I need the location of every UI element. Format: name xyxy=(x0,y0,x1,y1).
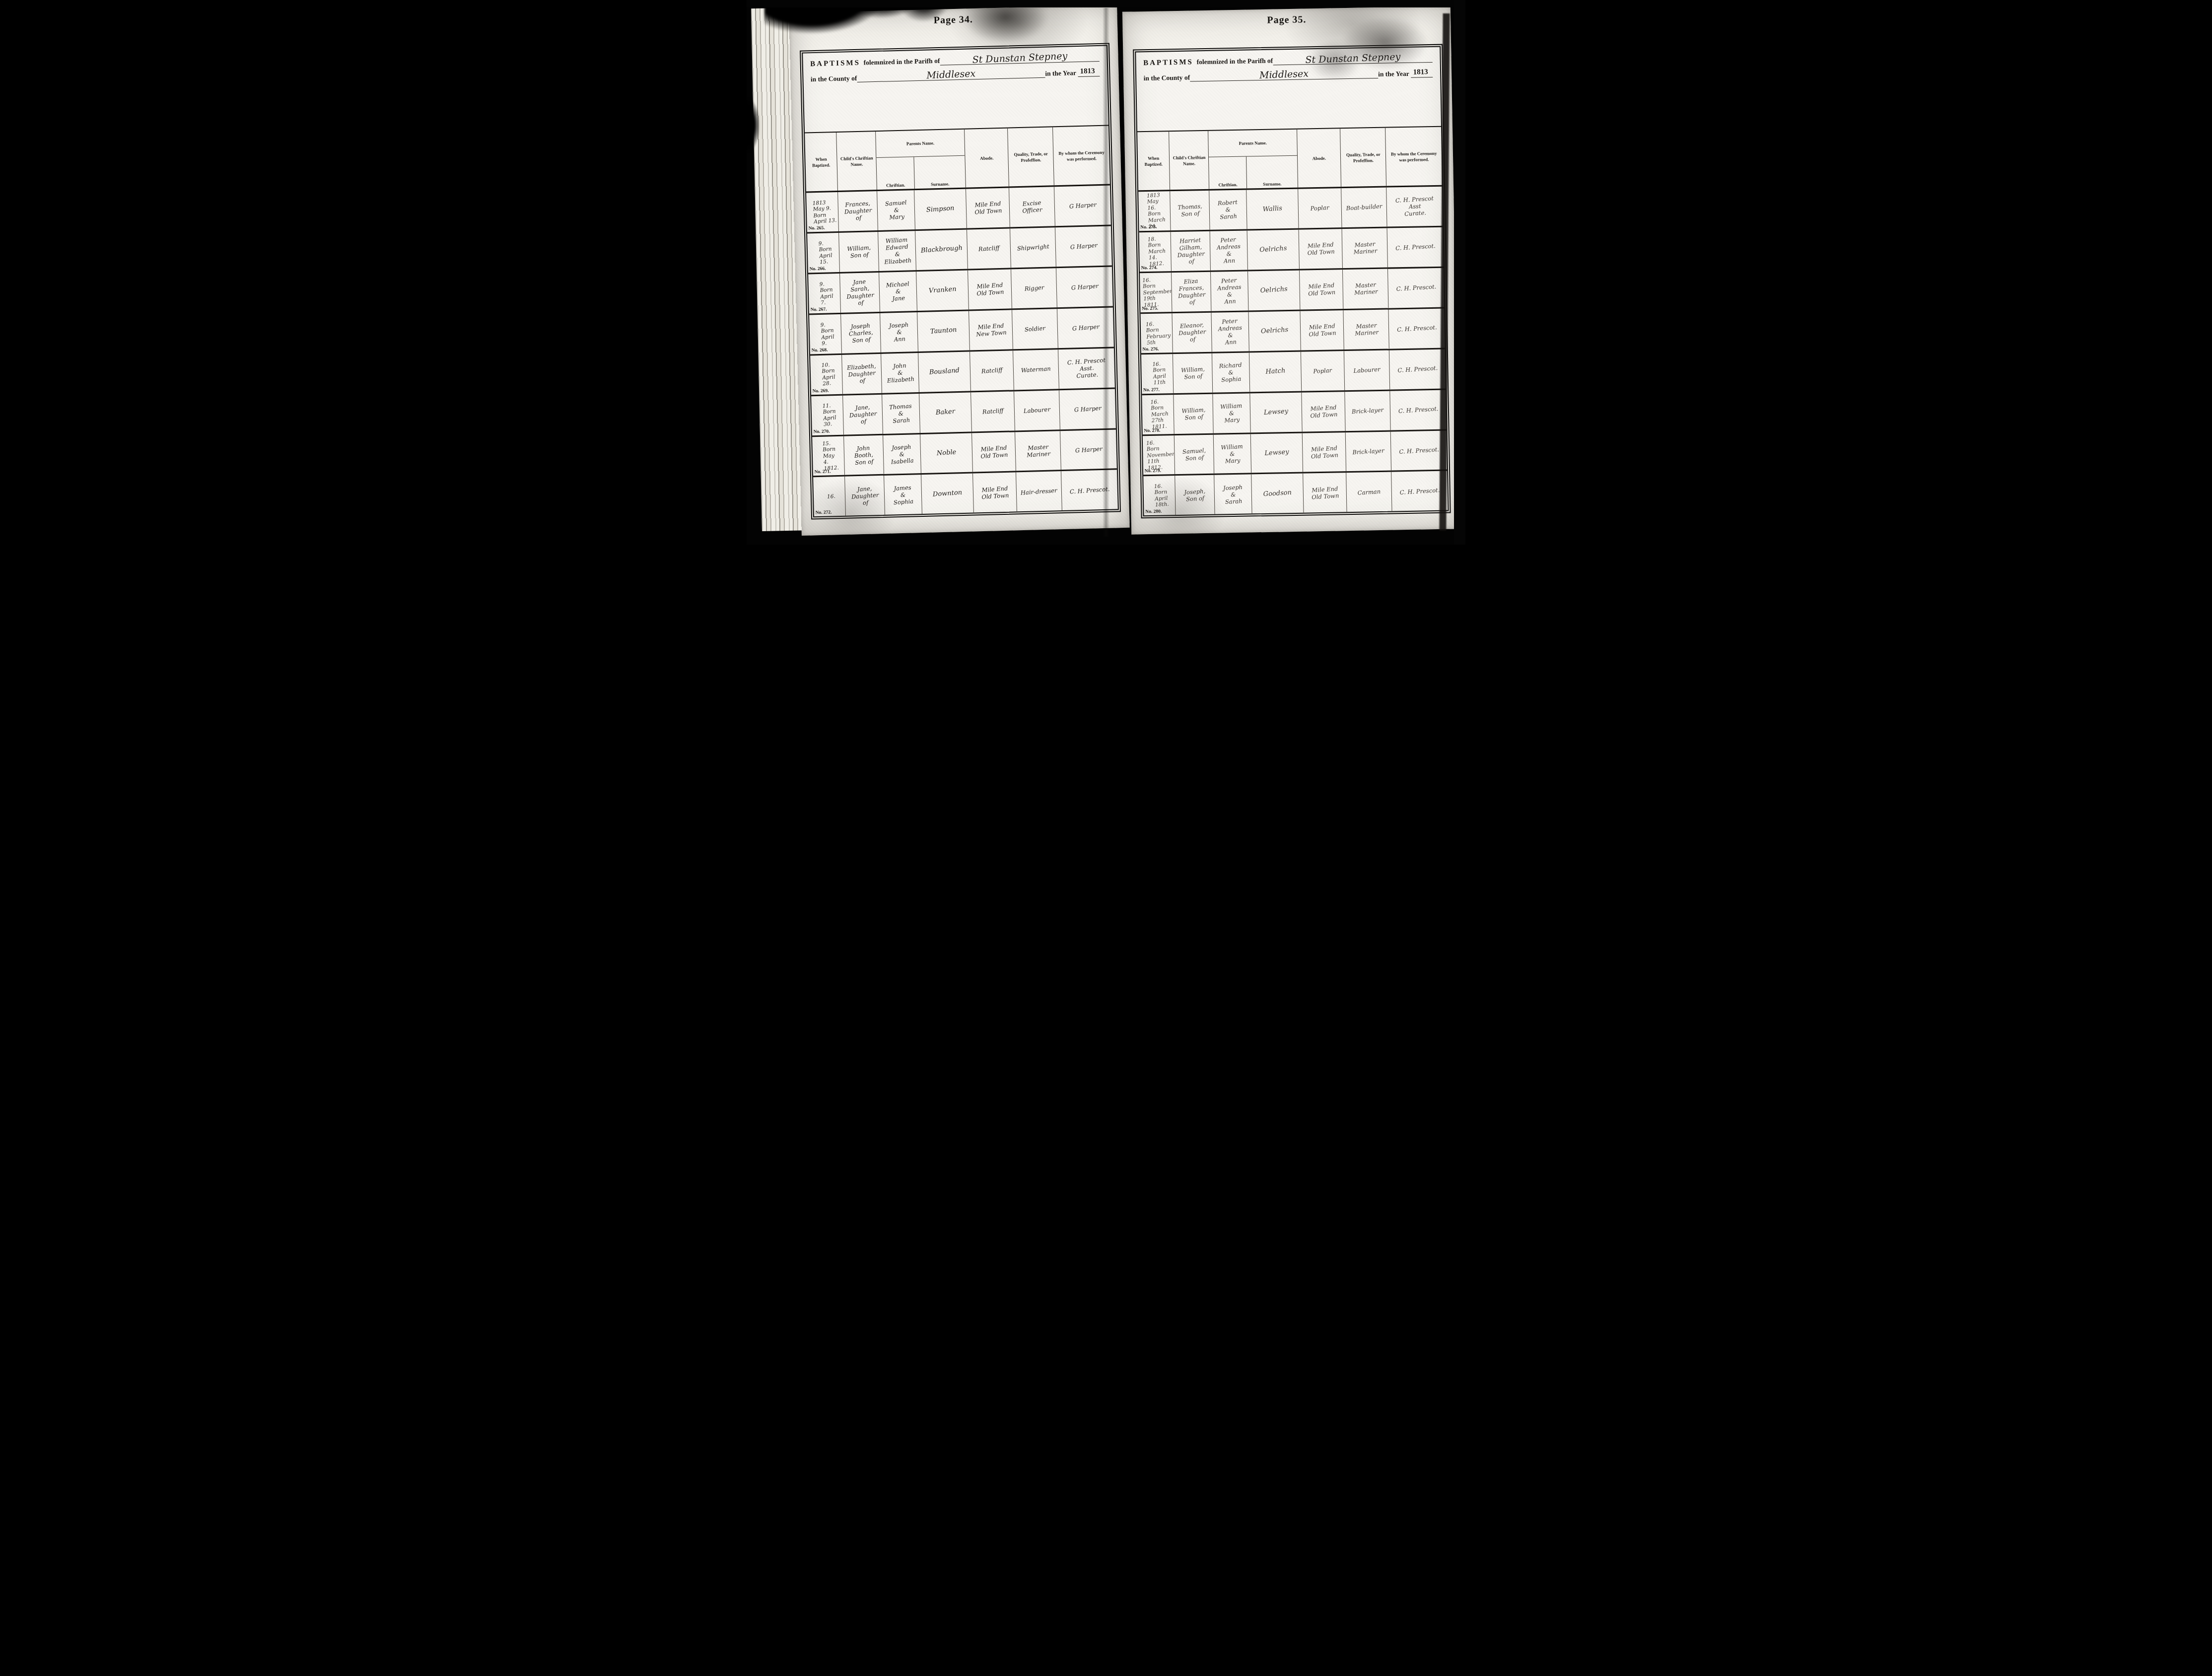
quality-trade-value: Waterman xyxy=(1021,365,1051,374)
parents-christian-value: Peter Andreas & Ann xyxy=(1216,236,1242,265)
cell-parents-christian: Joseph & Sarah xyxy=(1214,474,1252,514)
county-label: in the County of xyxy=(811,74,857,83)
cell-childs-name: John Booth, Son of xyxy=(844,435,884,475)
parents-surname-value: Hatch xyxy=(1265,367,1286,376)
cell-parents-surname: Simpson xyxy=(914,189,967,229)
table-row: 16. Born April 18th. No. 280. Joseph, So… xyxy=(1143,470,1448,516)
cell-when-baptized: 1813 May 9. Born April 13. No. 265. xyxy=(806,192,839,232)
by-whom-signature: C. H. Prescot Asst Curate. xyxy=(1395,195,1435,218)
scan-artifact-smudge xyxy=(1299,19,1443,79)
parents-christian-value: William & Mary xyxy=(1220,402,1244,424)
parents-christian-value: John & Elizabeth xyxy=(886,361,915,384)
cell-parents-christian: James & Sophia xyxy=(884,475,922,515)
cell-quality-trade: Rigger xyxy=(1011,268,1057,308)
cell-parents-christian: John & Elizabeth xyxy=(881,352,919,393)
register-page-34: Page 34. BAPTISMS folemnized in the Pari… xyxy=(789,5,1130,536)
when-baptized-value: 1813 May 16. Born March 24. xyxy=(1143,192,1166,230)
col-header-childs-name: Child's Chriftian Name. xyxy=(836,132,877,191)
when-baptized-value: 9. Born April 7. xyxy=(815,280,833,306)
by-whom-signature: C. H. Prescot. xyxy=(1400,487,1440,496)
by-whom-signature: G Harper xyxy=(1074,405,1102,414)
col-header-when-baptized: When Baptized. xyxy=(1137,132,1170,190)
entry-number: No. 273. xyxy=(1141,224,1157,230)
solemnized-label: folemnized in the Parifh of xyxy=(864,57,940,66)
entry-number: No. 278. xyxy=(1144,428,1161,433)
col-header-parents-name: Parents Name. Chriftian. Surname. xyxy=(876,130,966,190)
childs-name-value: Jane Sarah, Daughter of xyxy=(846,278,875,307)
cell-by-whom: C. H. Prescot. xyxy=(1391,430,1448,471)
cell-parents-christian: Joseph & Ann xyxy=(880,312,918,352)
entry-number: No. 275. xyxy=(1142,306,1158,311)
childs-name-value: Elizabeth, Daughter of xyxy=(847,362,877,385)
col-header-surname: Surname. xyxy=(1246,155,1298,188)
abode-value: Mile End Old Town xyxy=(1307,241,1335,256)
when-baptized-value: 10. Born April 28. xyxy=(817,361,835,387)
quality-trade-value: Master Mariner xyxy=(1026,443,1050,458)
cell-childs-name: Jane, Daughter of xyxy=(843,394,883,434)
when-baptized-value: 16. Born February 5th xyxy=(1142,320,1172,346)
by-whom-signature: G Harper xyxy=(1070,242,1098,251)
entry-number: No. 267. xyxy=(811,307,827,312)
abode-value: Mile End Old Town xyxy=(1311,485,1339,500)
cell-by-whom: C. H. Prescot Asst Curate. xyxy=(1386,186,1443,226)
cell-when-baptized: 18. Born March 14. 1812. No. 274. xyxy=(1139,232,1172,272)
quality-trade-value: Hair-dresser xyxy=(1021,487,1058,496)
childs-name-value: Jane, Daughter of xyxy=(851,484,880,507)
cell-abode: Ratcliff xyxy=(971,391,1015,431)
quality-trade-value: Brick-layer xyxy=(1352,406,1384,415)
cell-when-baptized: 16. Born April 11th No. 277. xyxy=(1141,353,1174,393)
cell-parents-surname: Lewsey xyxy=(1250,392,1302,432)
register-heading: BAPTISMS folemnized in the Parifh of St … xyxy=(803,46,1108,132)
by-whom-signature: G Harper xyxy=(1075,445,1103,454)
cell-childs-name: Frances, Daughter of xyxy=(838,191,878,231)
scan-artifact-edge-mark xyxy=(747,98,760,152)
parents-surname-value: Noble xyxy=(937,448,957,458)
parents-name-label: Parents Name. xyxy=(1209,130,1298,157)
cell-quality-trade: Boat-builder xyxy=(1341,187,1387,227)
by-whom-signature: G Harper xyxy=(1071,282,1099,291)
cell-when-baptized: 16. Born April 18th. No. 280. xyxy=(1143,476,1175,515)
cell-when-baptized: 1813 May 16. Born March 24. No. 273. xyxy=(1138,191,1171,231)
parents-christian-value: Joseph & Sarah xyxy=(1223,483,1244,505)
cell-abode: Ratcliff xyxy=(967,228,1011,269)
parish-name-handwritten: St Dunstan Stepney xyxy=(972,51,1067,65)
childs-name-value: William, Son of xyxy=(1181,406,1206,421)
abode-value: Mile End Old Town xyxy=(1310,404,1338,419)
col-header-by-whom: By whom the Ceremony was performed. xyxy=(1053,126,1110,185)
table-row: 16. Born March 27th 1811. No. 278. Willi… xyxy=(1142,388,1447,434)
cell-childs-name: Harriet Gilham, Daughter of xyxy=(1171,231,1211,271)
cell-by-whom: C. H. Prescot. xyxy=(1390,390,1447,430)
cell-quality-trade: Carman xyxy=(1346,472,1392,512)
cell-abode: Mile End Old Town xyxy=(973,472,1017,512)
by-whom-signature: C. H. Prescot. xyxy=(1395,242,1436,252)
cell-parents-surname: Taunton xyxy=(917,311,970,351)
cell-by-whom: C. H. Prescot. xyxy=(1388,308,1445,349)
parents-surname-value: Bousland xyxy=(929,367,960,377)
parents-surname-value: Oelrichs xyxy=(1260,285,1288,295)
cell-abode: Mile End Old Town xyxy=(1299,229,1342,269)
parents-christian-value: Joseph & Ann xyxy=(889,321,910,344)
childs-name-value: Jane, Daughter of xyxy=(849,403,878,426)
parents-surname-value: Baker xyxy=(936,408,956,417)
quality-trade-value: Master Mariner xyxy=(1354,281,1378,296)
cell-parents-christian: Michael & Jane xyxy=(879,272,917,312)
register-scan: Page 34. BAPTISMS folemnized in the Pari… xyxy=(747,0,1465,545)
column-headers: When Baptized. Child's Chriftian Name. P… xyxy=(1137,126,1442,192)
parents-christian-value: William & Mary xyxy=(1221,442,1244,465)
year-label: in the Year xyxy=(1045,69,1077,78)
cell-when-baptized: 16. Born March 27th 1811. No. 278. xyxy=(1142,394,1175,434)
table-row: 15. Born May 4. 1812. No. 271. John Boot… xyxy=(812,427,1117,476)
cell-parents-surname: Downton xyxy=(921,474,974,514)
quality-trade-value: Soldier xyxy=(1025,325,1046,333)
by-whom-signature: C. H. Prescot. xyxy=(1397,324,1437,333)
parents-surname-value: Vranken xyxy=(929,285,957,295)
cell-abode: Mile End Old Town xyxy=(966,188,1010,228)
table-row: 9. Born April 9. No. 268. Joseph Charles… xyxy=(809,306,1114,354)
cell-abode: Mile End Old Town xyxy=(1302,391,1345,431)
cell-when-baptized: 16. No. 272. xyxy=(813,477,846,516)
when-baptized-value: 15. Born May 4. 1812. xyxy=(818,440,839,472)
cell-parents-surname: Bousland xyxy=(918,351,971,392)
abode-value: Mile End Old Town xyxy=(1308,281,1336,297)
cell-childs-name: William, Son of xyxy=(839,231,879,272)
childs-name-value: William, Son of xyxy=(847,244,872,259)
cell-parents-christian: Peter Andreas & Ann xyxy=(1211,271,1248,311)
abode-value: Poplar xyxy=(1313,366,1332,374)
cell-quality-trade: Master Mariner xyxy=(1015,430,1061,471)
cell-abode: Mile End Old Town xyxy=(1303,473,1347,512)
cell-parents-christian: Samuel & Mary xyxy=(877,190,915,230)
abode-value: Poplar xyxy=(1311,204,1329,212)
cell-parents-surname: Noble xyxy=(920,433,973,473)
abode-value: Ratcliff xyxy=(981,366,1003,375)
entry-number: No. 280. xyxy=(1146,509,1162,515)
table-row: 16. Born February 5th No. 276. Eleanor, … xyxy=(1141,307,1446,353)
cell-quality-trade: Soldier xyxy=(1012,309,1058,349)
col-header-parents-name: Parents Name. Chriftian. Surname. xyxy=(1208,130,1298,189)
cell-parents-christian: Thomas & Sarah xyxy=(882,393,920,433)
cell-abode: Mile End Old Town xyxy=(968,269,1012,309)
cell-quality-trade: Master Mariner xyxy=(1343,269,1389,309)
cell-quality-trade: Brick-layer xyxy=(1345,391,1391,431)
cell-abode: Mile End New Town xyxy=(969,310,1013,350)
when-baptized-value: 16. Born April 18th. xyxy=(1150,483,1170,508)
baptisms-heading: BAPTISMS xyxy=(1143,58,1193,67)
cell-parents-surname: Goodson xyxy=(1251,474,1304,514)
cell-when-baptized: 15. Born May 4. 1812. No. 271. xyxy=(812,436,845,476)
parents-christian-value: Michael & Jane xyxy=(886,280,910,302)
scan-artifact-gutter-shadow xyxy=(1103,8,1109,536)
childs-name-value: Joseph Charles, Son of xyxy=(848,322,874,344)
cell-parents-surname: Oelrichs xyxy=(1248,311,1301,351)
when-baptized-value: 9. Born April 15. xyxy=(814,240,832,266)
cell-parents-surname: Hatch xyxy=(1249,351,1301,392)
table-row: 9. Born April 7. No. 267. Jane Sarah, Da… xyxy=(808,265,1113,313)
entry-number: No. 271. xyxy=(815,469,831,475)
entry-number: No. 276. xyxy=(1143,347,1159,352)
col-header-quality-trade: Quality, Trade, or Profeffion. xyxy=(1340,128,1386,187)
parents-christian-value: Peter Andreas & Ann xyxy=(1218,317,1243,347)
cell-childs-name: Eleanor, Daughter of xyxy=(1172,312,1212,352)
scan-artifact-top-band xyxy=(747,0,1465,7)
abode-value: Ratcliff xyxy=(982,407,1004,416)
year-value: 1813 xyxy=(1078,67,1100,77)
baptisms-heading: BAPTISMS xyxy=(811,59,861,68)
entry-number: No. 270. xyxy=(814,429,830,434)
cell-childs-name: William, Son of xyxy=(1174,394,1213,433)
table-row: 9. Born April 15. No. 266. William, Son … xyxy=(807,224,1112,273)
col-header-christian: Chriftian. xyxy=(1209,156,1246,189)
entry-number: No. 265. xyxy=(809,225,825,231)
parents-christian-value: James & Sophia xyxy=(893,484,914,506)
cell-childs-name: Joseph, Son of xyxy=(1175,475,1215,515)
col-header-christian: Chriftian. xyxy=(877,156,914,189)
entry-number: No. 279. xyxy=(1145,469,1161,474)
cell-parents-christian: William & Mary xyxy=(1214,434,1251,474)
parents-surname-value: Lewsey xyxy=(1265,448,1290,458)
cell-childs-name: William, Son of xyxy=(1173,353,1213,393)
cell-when-baptized: 9. Born April 15. No. 266. xyxy=(807,232,840,272)
cell-parents-christian: William & Mary xyxy=(1213,393,1250,433)
when-baptized-value: 11. Born April 30. xyxy=(818,402,836,428)
cell-quality-trade: Excise Officer xyxy=(1009,187,1055,227)
quality-trade-value: Labourer xyxy=(1024,406,1051,415)
parents-surname-value: Downton xyxy=(933,489,963,498)
abode-value: Mile End Old Town xyxy=(976,281,1004,297)
cell-quality-trade: Labourer xyxy=(1344,350,1390,390)
childs-name-value: Eleanor, Daughter of xyxy=(1178,321,1207,344)
entry-number: No. 272. xyxy=(816,510,832,515)
abode-value: Mile End Old Town xyxy=(981,485,1009,500)
cell-quality-trade: Waterman xyxy=(1013,349,1059,389)
entries-page-34: 1813 May 9. Born April 13. No. 265. Fran… xyxy=(806,185,1118,516)
entry-number: No. 266. xyxy=(810,266,826,272)
cell-abode: Poplar xyxy=(1301,350,1345,390)
parents-surname-value: Wallis xyxy=(1263,205,1283,213)
cell-parents-surname: Oelrichs xyxy=(1247,229,1299,270)
parents-christian-value: Richard & Sophia xyxy=(1219,361,1243,383)
cell-parents-surname: Wallis xyxy=(1246,189,1299,229)
quality-trade-value: Rigger xyxy=(1025,284,1044,292)
abode-value: Ratcliff xyxy=(978,244,1000,253)
cell-parents-surname: Lewsey xyxy=(1250,433,1303,473)
abode-value: Mile End New Town xyxy=(975,322,1007,338)
cell-parents-christian: Richard & Sophia xyxy=(1212,352,1250,392)
entries-page-35: 1813 May 16. Born March 24. No. 273. Tho… xyxy=(1138,186,1448,515)
cell-when-baptized: 16. Born February 5th No. 276. xyxy=(1141,313,1173,353)
parents-christian-value: Robert & Sarah xyxy=(1218,199,1239,220)
cell-by-whom: C. H. Prescot. xyxy=(1387,227,1444,267)
col-header-childs-name: Child's Chriftian Name. xyxy=(1169,131,1209,190)
cell-parents-surname: Blackbrough xyxy=(915,229,968,270)
cell-parents-christian: Joseph & Isabella xyxy=(883,434,921,474)
childs-name-value: Frances, Daughter of xyxy=(844,200,873,222)
cell-childs-name: Elizabeth, Daughter of xyxy=(842,353,882,394)
cell-abode: Mile End Old Town xyxy=(1302,432,1346,472)
when-baptized-value: 16. Born April 11th xyxy=(1148,361,1167,386)
by-whom-signature: C. H. Prescot Asst. Curate. xyxy=(1067,356,1107,380)
childs-name-value: William, Son of xyxy=(1181,365,1205,381)
col-header-abode: Abode. xyxy=(965,128,1009,187)
parents-surname-value: Oelrichs xyxy=(1259,245,1287,254)
childs-name-value: Thomas, Son of xyxy=(1177,203,1203,218)
cell-childs-name: Thomas, Son of xyxy=(1170,190,1210,230)
by-whom-signature: C. H. Prescot. xyxy=(1396,283,1437,292)
parents-christian-value: William Edward & Elizabeth xyxy=(883,236,912,266)
quality-trade-value: Master Mariner xyxy=(1354,322,1379,337)
cell-abode: Poplar xyxy=(1298,188,1342,228)
table-row: 16. Born November 11th 1812. No. 279. Sa… xyxy=(1143,429,1448,475)
cell-when-baptized: 16. Born September 19th 1811. No. 275. xyxy=(1140,273,1172,312)
scan-artifact-smudge xyxy=(962,5,1048,44)
quality-trade-value: Master Mariner xyxy=(1353,240,1377,256)
cell-parents-surname: Vranken xyxy=(916,270,969,310)
by-whom-signature: G Harper xyxy=(1069,201,1097,210)
cell-quality-trade: Hair-dresser xyxy=(1016,471,1062,511)
county-label: in the County of xyxy=(1144,73,1190,82)
cell-by-whom: C. H. Prescot. xyxy=(1388,268,1445,308)
parents-surname-value: Goodson xyxy=(1263,489,1292,498)
cell-by-whom: C. H. Prescot. xyxy=(1061,470,1118,510)
abode-value: Mile End Old Town xyxy=(1308,322,1336,338)
abode-value: Mile End Old Town xyxy=(1311,444,1339,460)
when-baptized-value: 16. Born September 19th 1811. xyxy=(1140,276,1172,309)
col-header-surname: Surname. xyxy=(914,155,966,189)
cell-parents-surname: Oelrichs xyxy=(1248,270,1300,310)
cell-quality-trade: Master Mariner xyxy=(1343,309,1389,349)
parents-surname-value: Simpson xyxy=(926,204,955,214)
parents-christian-value: Peter Andreas & Ann xyxy=(1217,277,1243,306)
quality-trade-value: Brick-layer xyxy=(1353,447,1385,456)
when-baptized-value: 1813 May 9. Born April 13. xyxy=(808,199,836,225)
childs-name-value: Eliza Frances, Daughter of xyxy=(1177,277,1206,306)
cell-quality-trade: Shipwright xyxy=(1010,227,1056,268)
quality-trade-value: Shipwright xyxy=(1017,243,1050,252)
table-row: 1813 May 16. Born March 24. No. 273. Tho… xyxy=(1138,186,1443,231)
abode-value: Mile End Old Town xyxy=(980,444,1008,460)
when-baptized-value: 9. Born April 9. xyxy=(816,321,834,347)
table-row: 11. Born April 30. No. 270. Jane, Daught… xyxy=(811,387,1116,435)
cell-when-baptized: 9. Born April 9. No. 268. xyxy=(809,314,842,353)
parents-christian-value: Joseph & Isabella xyxy=(891,443,914,465)
when-baptized-value: 16. xyxy=(823,493,836,500)
entry-number: No. 277. xyxy=(1143,387,1160,393)
cell-parents-christian: Robert & Sarah xyxy=(1209,190,1247,229)
quality-trade-value: Excise Officer xyxy=(1022,199,1043,214)
table-row: 1813 May 9. Born April 13. No. 265. Fran… xyxy=(806,185,1111,232)
when-baptized-value: 18. Born March 14. 1812. xyxy=(1144,236,1167,268)
cell-abode: Mile End Old Town xyxy=(972,431,1016,472)
cell-childs-name: Samuel, Son of xyxy=(1175,434,1214,474)
cell-abode: Mile End Old Town xyxy=(1300,310,1344,350)
book-spread: Page 34. BAPTISMS folemnized in the Pari… xyxy=(795,9,1455,532)
col-header-by-whom: By whom the Ceremony was performed. xyxy=(1385,127,1443,186)
by-whom-signature: C. H. Prescot. xyxy=(1399,446,1439,455)
cell-childs-name: Eliza Frances, Daughter of xyxy=(1172,272,1211,311)
cell-quality-trade: Brick-layer xyxy=(1345,431,1391,472)
table-row: 18. Born March 14. 1812. No. 274. Harrie… xyxy=(1139,225,1444,272)
cell-quality-trade: Master Mariner xyxy=(1342,228,1388,268)
parents-surname-value: Blackbrough xyxy=(921,244,963,255)
by-whom-signature: C. H. Prescot. xyxy=(1398,364,1438,374)
childs-name-value: Joseph, Son of xyxy=(1184,488,1206,503)
cell-childs-name: Jane Sarah, Daughter of xyxy=(840,272,880,312)
table-row: 10. Born April 28. No. 269. Elizabeth, D… xyxy=(810,347,1115,395)
register-page-35: Page 35. BAPTISMS folemnized in the Pari… xyxy=(1122,6,1460,535)
parents-surname-value: Taunton xyxy=(930,326,958,336)
childs-name-value: Samuel, Son of xyxy=(1182,447,1207,462)
entry-number: No. 269. xyxy=(813,388,829,394)
table-row: 16. Born April 11th No. 277. William, So… xyxy=(1141,348,1446,394)
county-name-handwritten: Middlesex xyxy=(926,69,976,80)
abode-value: Mile End Old Town xyxy=(974,200,1002,216)
entry-number: No. 274. xyxy=(1141,265,1158,271)
by-whom-signature: G Harper xyxy=(1072,323,1100,332)
col-header-abode: Abode. xyxy=(1297,129,1341,187)
parents-surname-value: Oelrichs xyxy=(1261,326,1289,336)
scan-artifact-right-band xyxy=(1454,0,1465,545)
quality-trade-value: Carman xyxy=(1358,488,1381,496)
quality-trade-value: Labourer xyxy=(1354,365,1381,374)
parents-christian-value: Samuel & Mary xyxy=(885,199,908,221)
cell-quality-trade: Labourer xyxy=(1014,390,1060,430)
table-row: 16. No. 272. Jane, Daughter of James & S… xyxy=(813,468,1118,516)
when-baptized-value: 16. Born November 11th 1812. xyxy=(1143,438,1175,471)
childs-name-value: Harriet Gilham, Daughter of xyxy=(1176,236,1206,266)
parents-name-label: Parents Name. xyxy=(876,130,965,158)
col-header-when-baptized: When Baptized. xyxy=(805,133,838,191)
register-table-frame: BAPTISMS folemnized in the Parifh of St … xyxy=(802,45,1119,517)
quality-trade-value: Boat-builder xyxy=(1346,203,1382,211)
cell-parents-christian: Peter Andreas & Ann xyxy=(1210,230,1247,270)
parents-surname-value: Lewsey xyxy=(1264,408,1289,417)
cell-parents-christian: William Edward & Elizabeth xyxy=(878,231,916,271)
cell-childs-name: Jane, Daughter of xyxy=(845,476,885,516)
cell-abode: Ratcliff xyxy=(970,350,1014,391)
column-headers: When Baptized. Child's Chriftian Name. P… xyxy=(805,125,1110,193)
cell-when-baptized: 9. Born April 7. No. 267. xyxy=(808,273,841,313)
register-table-frame: BAPTISMS folemnized in the Parifh of St … xyxy=(1135,46,1449,516)
by-whom-signature: C. H. Prescot. xyxy=(1398,405,1439,415)
entry-number: No. 268. xyxy=(812,348,828,353)
when-baptized-value: 16. Born March 27th 1811. xyxy=(1147,398,1170,430)
cell-parents-christian: Peter Andreas & Ann xyxy=(1211,312,1249,351)
childs-name-value: John Booth, Son of xyxy=(854,444,875,466)
cell-by-whom: C. H. Prescot. xyxy=(1389,349,1446,389)
col-header-quality-trade: Quality, Trade, or Profeffion. xyxy=(1008,127,1054,186)
cell-when-baptized: 16. Born November 11th 1812. No. 279. xyxy=(1143,435,1175,475)
table-row: 16. Born September 19th 1811. No. 275. E… xyxy=(1140,266,1445,312)
cell-childs-name: Joseph Charles, Son of xyxy=(841,313,881,353)
cell-when-baptized: 10. Born April 28. No. 269. xyxy=(810,354,843,394)
cell-parents-surname: Baker xyxy=(919,392,972,432)
parents-christian-value: Thomas & Sarah xyxy=(890,402,913,424)
solemnized-label: folemnized in the Parifh of xyxy=(1197,57,1273,66)
cell-when-baptized: 11. Born April 30. No. 270. xyxy=(811,395,844,435)
cell-abode: Mile End Old Town xyxy=(1300,270,1343,309)
